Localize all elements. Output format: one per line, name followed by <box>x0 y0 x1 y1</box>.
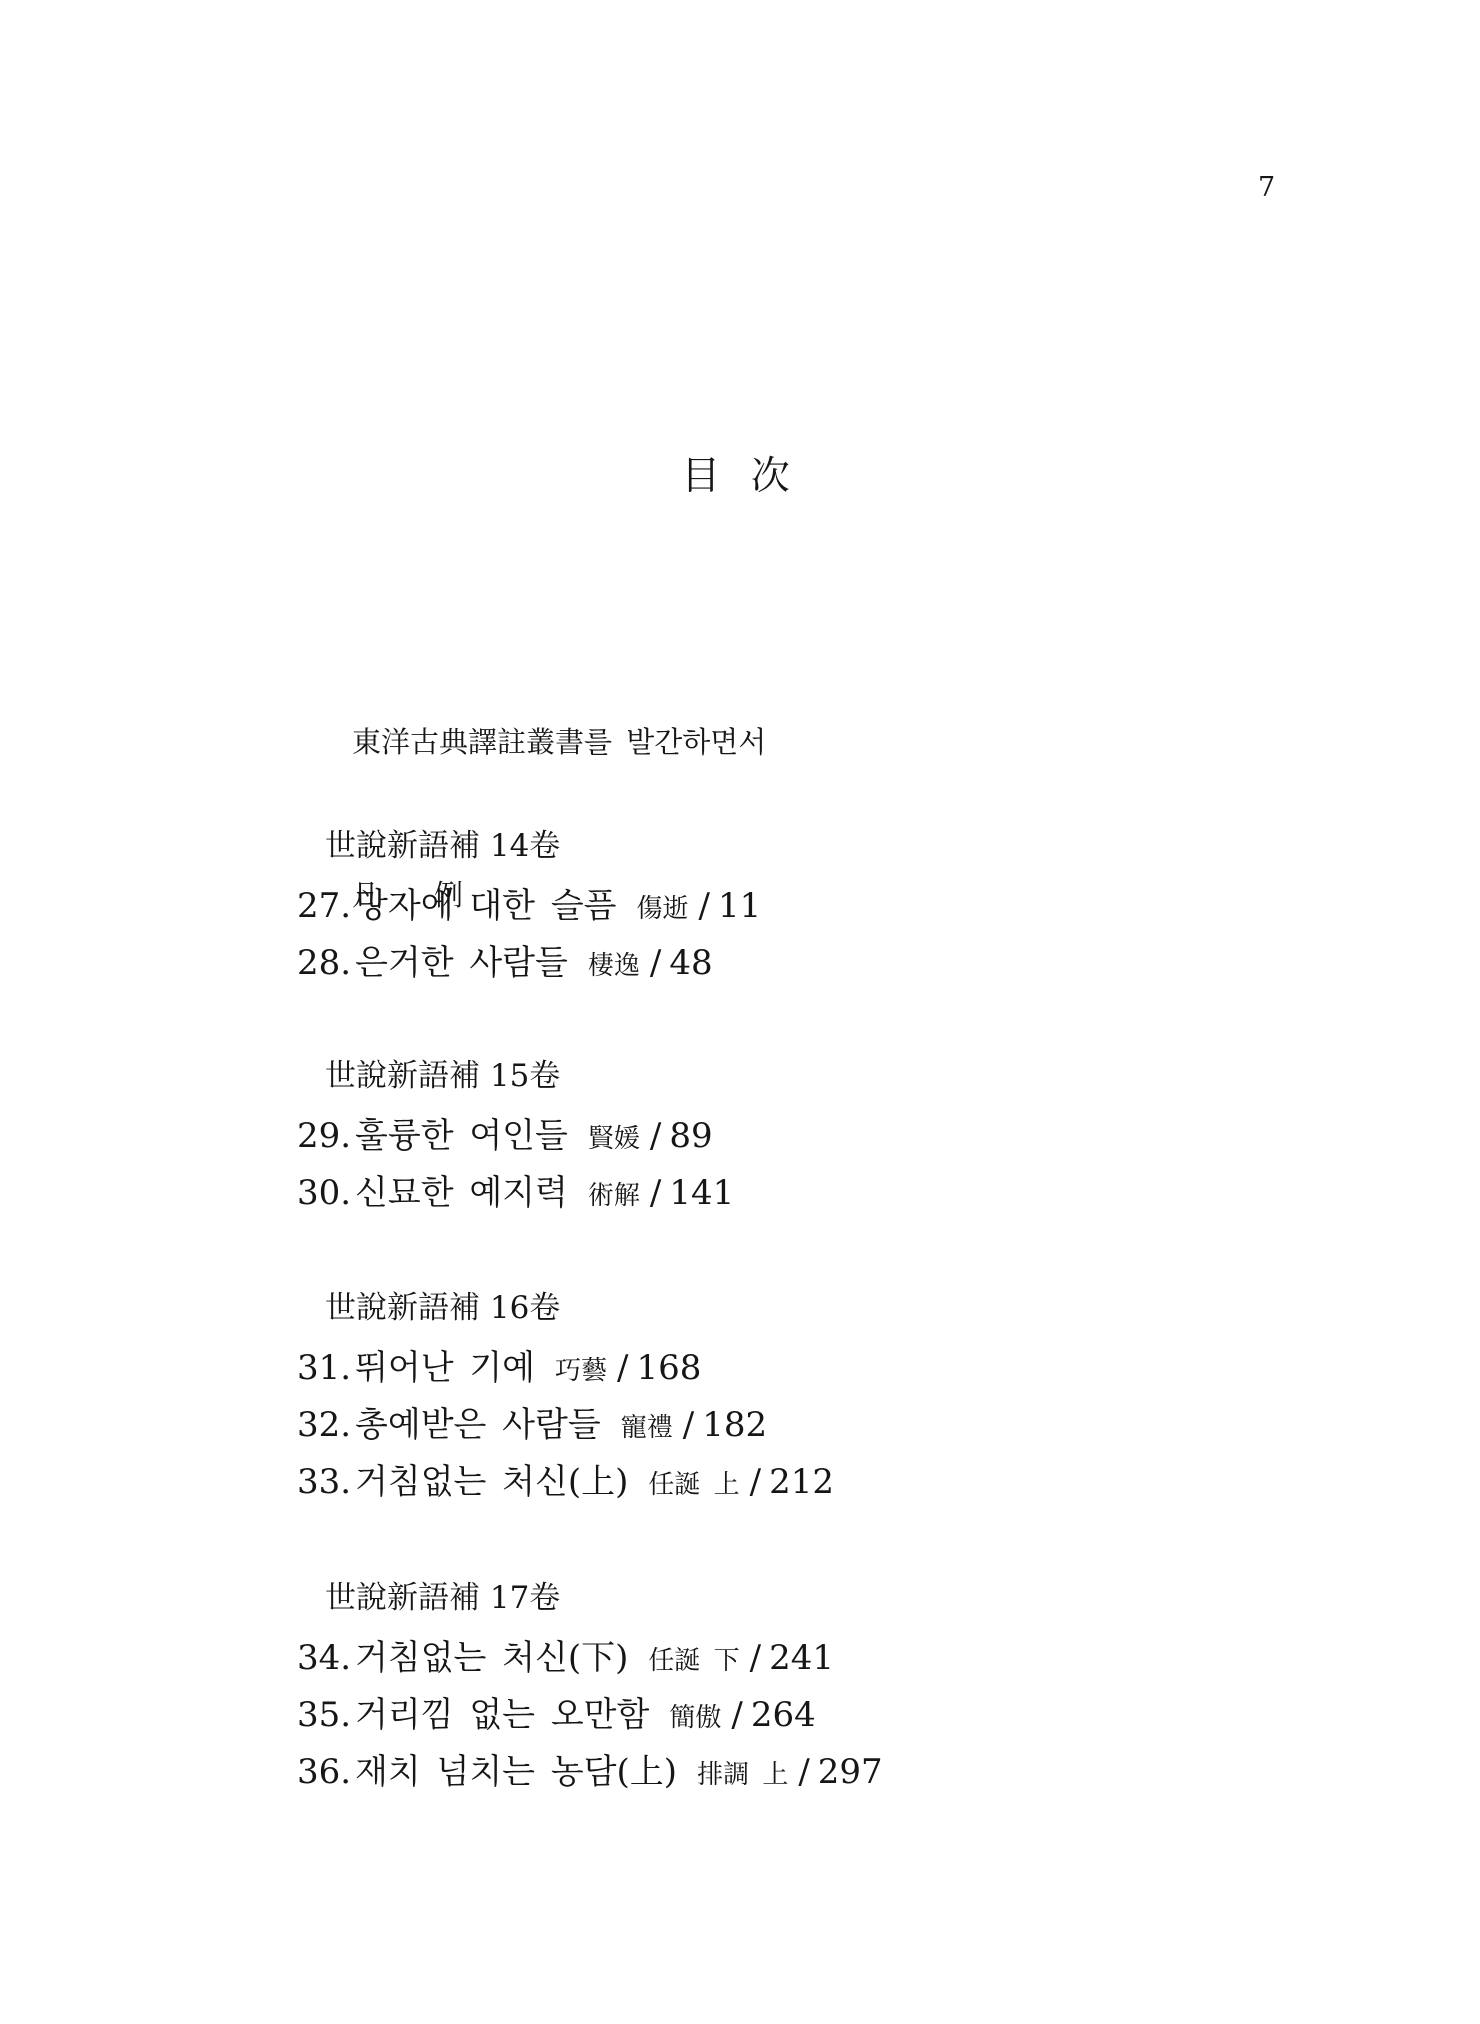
item-title: 재치 넘치는 농담(上) <box>355 1752 677 1792</box>
item-page: 241 <box>769 1638 834 1678</box>
toc-item: 29.훌륭한 여인들賢媛/89 <box>297 1108 1297 1165</box>
section-items: 29.훌륭한 여인들賢媛/89 30.신묘한 예지력術解/141 <box>297 1108 1297 1222</box>
item-hanja: 任誕 上 <box>648 1470 739 1500</box>
section-items: 31.뛰어난 기예巧藝/168 32.총예받은 사람들寵禮/182 33.거침없… <box>297 1340 1297 1511</box>
toc-item: 30.신묘한 예지력術解/141 <box>297 1165 1297 1222</box>
item-number: 30. <box>297 1165 355 1222</box>
item-title: 은거한 사람들 <box>355 943 568 983</box>
toc-section: 世說新語補 15卷 29.훌륭한 여인들賢媛/89 30.신묘한 예지력術解/1… <box>297 1058 1297 1222</box>
item-separator: / <box>650 1173 661 1213</box>
item-separator: / <box>750 1638 761 1678</box>
item-page: 48 <box>669 943 712 983</box>
toc-item: 31.뛰어난 기예巧藝/168 <box>297 1340 1297 1397</box>
section-header: 世說新語補 15卷 <box>325 1058 1297 1094</box>
item-number: 28. <box>297 935 355 992</box>
item-hanja: 寵禮 <box>621 1413 673 1443</box>
item-number: 34. <box>297 1630 355 1687</box>
item-hanja: 賢媛 <box>588 1124 640 1154</box>
item-hanja: 排調 上 <box>697 1760 788 1790</box>
item-title: 총예받은 사람들 <box>355 1405 601 1445</box>
item-number: 36. <box>297 1744 355 1801</box>
toc: 世說新語補 14卷 27.망자에 대한 슬픔傷逝/11 28.은거한 사람들棲逸… <box>297 0 1297 2024</box>
item-number: 35. <box>297 1687 355 1744</box>
item-page: 297 <box>818 1752 883 1792</box>
toc-item: 32.총예받은 사람들寵禮/182 <box>297 1397 1297 1454</box>
toc-page: 7 目 次 東洋古典譯註叢書를 발간하면서 凡例 世說新語補 14卷 27.망자… <box>0 0 1480 2024</box>
item-number: 31. <box>297 1340 355 1397</box>
toc-item: 33.거침없는 처신(上)任誕 上/212 <box>297 1454 1297 1511</box>
item-separator: / <box>750 1462 761 1502</box>
item-title: 훌륭한 여인들 <box>355 1116 568 1156</box>
item-hanja: 棲逸 <box>588 951 640 981</box>
item-page: 264 <box>751 1695 816 1735</box>
item-title: 거침없는 처신(上) <box>355 1462 628 1502</box>
item-title: 거리낌 없는 오만함 <box>355 1695 649 1735</box>
section-header: 世說新語補 16卷 <box>325 1290 1297 1326</box>
item-number: 29. <box>297 1108 355 1165</box>
item-separator: / <box>731 1695 742 1735</box>
item-page: 141 <box>669 1173 734 1213</box>
toc-section: 世說新語補 17卷 34.거침없는 처신(下)任誕 下/241 35.거리낌 없… <box>297 1580 1297 1801</box>
item-title: 거침없는 처신(下) <box>355 1638 628 1678</box>
section-items: 27.망자에 대한 슬픔傷逝/11 28.은거한 사람들棲逸/48 <box>297 878 1297 992</box>
item-hanja: 巧藝 <box>555 1356 607 1386</box>
item-title: 신묘한 예지력 <box>355 1173 568 1213</box>
toc-item: 35.거리낌 없는 오만함簡傲/264 <box>297 1687 1297 1744</box>
item-hanja: 術解 <box>588 1181 640 1211</box>
toc-section: 世說新語補 14卷 27.망자에 대한 슬픔傷逝/11 28.은거한 사람들棲逸… <box>297 828 1297 992</box>
item-separator: / <box>699 886 710 926</box>
item-number: 27. <box>297 878 355 935</box>
toc-item: 36.재치 넘치는 농담(上)排調 上/297 <box>297 1744 1297 1801</box>
item-separator: / <box>650 1116 661 1156</box>
item-hanja: 任誕 下 <box>648 1646 739 1676</box>
section-items: 34.거침없는 처신(下)任誕 下/241 35.거리낌 없는 오만함簡傲/26… <box>297 1630 1297 1801</box>
toc-section: 世說新語補 16卷 31.뛰어난 기예巧藝/168 32.총예받은 사람들寵禮/… <box>297 1290 1297 1511</box>
section-header: 世說新語補 17卷 <box>325 1580 1297 1616</box>
item-title: 뛰어난 기예 <box>355 1348 535 1388</box>
item-page: 212 <box>769 1462 834 1502</box>
item-hanja: 傷逝 <box>637 894 689 924</box>
item-page: 168 <box>637 1348 702 1388</box>
item-separator: / <box>798 1752 809 1792</box>
toc-item: 28.은거한 사람들棲逸/48 <box>297 935 1297 992</box>
item-number: 33. <box>297 1454 355 1511</box>
item-hanja: 簡傲 <box>669 1703 721 1733</box>
toc-item: 27.망자에 대한 슬픔傷逝/11 <box>297 878 1297 935</box>
item-separator: / <box>650 943 661 983</box>
item-page: 89 <box>669 1116 712 1156</box>
item-separator: / <box>617 1348 628 1388</box>
item-separator: / <box>683 1405 694 1445</box>
section-header: 世說新語補 14卷 <box>325 828 1297 864</box>
item-page: 182 <box>702 1405 767 1445</box>
item-title: 망자에 대한 슬픔 <box>355 886 617 926</box>
item-number: 32. <box>297 1397 355 1454</box>
toc-item: 34.거침없는 처신(下)任誕 下/241 <box>297 1630 1297 1687</box>
item-page: 11 <box>718 886 761 926</box>
